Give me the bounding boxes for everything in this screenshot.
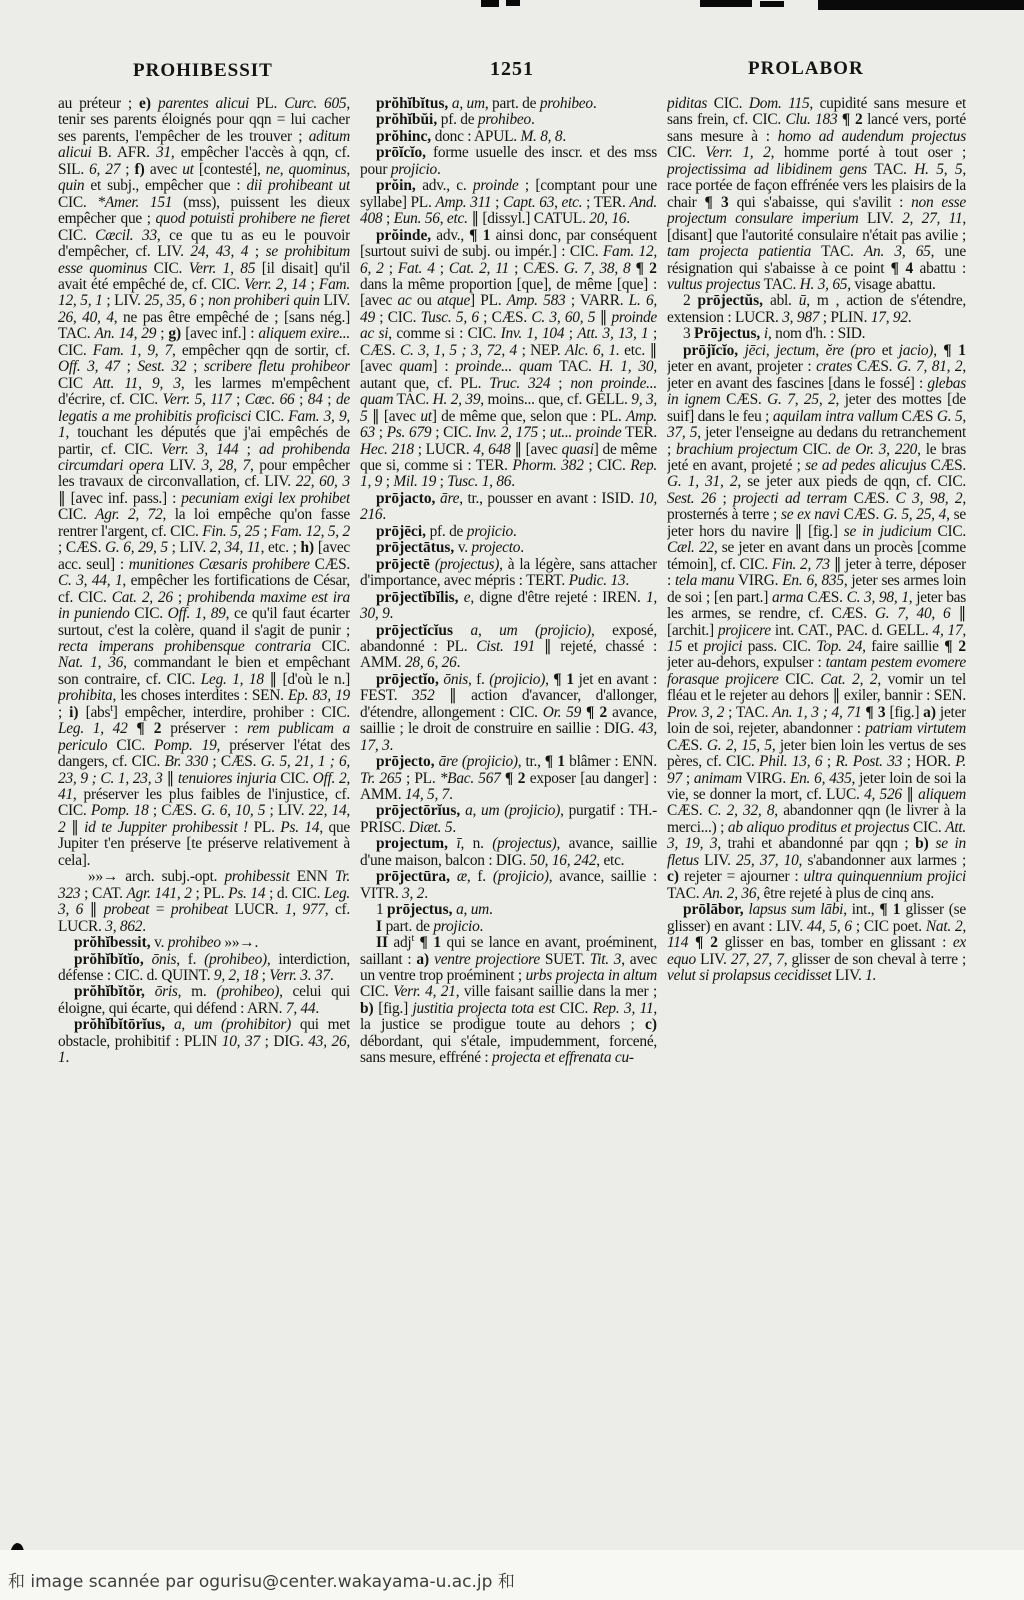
dictionary-paragraph: prōjectūra, æ, f. (projicio), avance, sa… bbox=[360, 869, 657, 902]
running-head-right: PROLABOR bbox=[748, 58, 864, 80]
dictionary-paragraph: prōlābor, lapsus sum lābi, int., ¶ 1 gli… bbox=[667, 902, 966, 984]
dictionary-paragraph: piditas CIC. Dom. 115, cupidité sans mes… bbox=[667, 96, 966, 293]
page-header: PROHIBESSIT 1251 PROLABOR bbox=[0, 58, 1024, 88]
dictionary-paragraph: au préteur ; e) parentes alicui PL. Curc… bbox=[58, 96, 350, 869]
scan-artifact bbox=[700, 0, 752, 7]
dictionary-paragraph: prōjectōrĭus, a, um (projicio), purgatif… bbox=[360, 803, 657, 836]
dictionary-paragraph: prŏinde, adv., ¶ 1 ainsi donc, par consé… bbox=[360, 228, 657, 491]
page-footer: 和 image scannée par ogurisu@center.wakay… bbox=[0, 1550, 1024, 1600]
dictionary-paragraph: prōjectĭcĭus a, um (projicio), exposé, a… bbox=[360, 623, 657, 672]
dictionary-paragraph: prōjectē (projectus), à la légère, sans … bbox=[360, 557, 657, 590]
dictionary-paragraph: prŏhĭbĭtĭo, ōnis, f. (prohibeo), interdi… bbox=[58, 952, 350, 985]
dictionary-paragraph: prŏhĭbessit, v. prohibeo »»→. bbox=[58, 935, 350, 951]
page-number: 1251 bbox=[0, 58, 1024, 81]
dictionary-paragraph: prōjacto, āre, tr., pousser en avant : I… bbox=[360, 491, 657, 524]
dictionary-paragraph: prōjectĭbĭlis, e, digne d'être rejeté : … bbox=[360, 590, 657, 623]
dictionary-body: au préteur ; e) parentes alicui PL. Curc… bbox=[58, 96, 966, 1538]
dictionary-paragraph: prōjĭcĭo, jēci, jectum, ĕre (pro et jaci… bbox=[667, 343, 966, 902]
dictionary-paragraph: II adjt ¶ 1 qui se lance en avant, proém… bbox=[360, 935, 657, 1067]
dictionary-paragraph: I part. de projicio. bbox=[360, 919, 657, 935]
dictionary-paragraph: prōjēci, pf. de projicio. bbox=[360, 524, 657, 540]
dictionary-paragraph: prŏin, adv., c. proinde ; [comptant pour… bbox=[360, 178, 657, 227]
column-middle: prŏhĭbĭtus, a, um, part. de prohibeo.prŏ… bbox=[360, 96, 657, 1538]
dictionary-paragraph: 1 prōjectus, a, um. bbox=[360, 902, 657, 918]
dictionary-paragraph: prŏhĭbĭtus, a, um, part. de prohibeo. bbox=[360, 96, 657, 112]
dictionary-paragraph: »»→ arch. subj.-opt. prohibessit ENN Tr.… bbox=[58, 869, 350, 935]
dictionary-paragraph: prŏhĭbĭtōrĭus, a, um (prohibitor) qui me… bbox=[58, 1017, 350, 1066]
column-right: piditas CIC. Dom. 115, cupidité sans mes… bbox=[667, 96, 966, 1538]
dictionary-paragraph: prōĭcĭo, forme usuelle des inscr. et des… bbox=[360, 145, 657, 178]
dictionary-paragraph: projectum, ī, n. (projectus), avance, sa… bbox=[360, 836, 657, 869]
scan-credit-caption: 和 image scannée par ogurisu@center.wakay… bbox=[8, 1567, 515, 1592]
column-left: au préteur ; e) parentes alicui PL. Curc… bbox=[58, 96, 350, 1538]
dictionary-paragraph: prŏhĭbŭi, pf. de prohibeo. bbox=[360, 112, 657, 128]
dictionary-paragraph: prōjectĭo, ōnis, f. (projicio), ¶ 1 jet … bbox=[360, 672, 657, 754]
dictionary-paragraph: prōjecto, āre (projicio), tr., ¶ 1 blâme… bbox=[360, 754, 657, 803]
scan-artifact bbox=[481, 0, 499, 7]
dictionary-paragraph: prōjectātus, v. projecto. bbox=[360, 540, 657, 556]
dictionary-paragraph: prŏhĭbĭtŏr, ōris, m. (prohibeo), celui q… bbox=[58, 984, 350, 1017]
dictionary-paragraph: prŏhinc, donc : APUL. M. 8, 8. bbox=[360, 129, 657, 145]
scan-artifact bbox=[760, 1, 784, 7]
scan-artifact bbox=[506, 0, 520, 6]
scan-artifact bbox=[818, 0, 1024, 10]
dictionary-paragraph: 2 prōjectŭs, abl. ū, m , action de s'éte… bbox=[667, 293, 966, 326]
dictionary-paragraph: 3 Prōjectus, i, nom d'h. : SID. bbox=[667, 326, 966, 342]
